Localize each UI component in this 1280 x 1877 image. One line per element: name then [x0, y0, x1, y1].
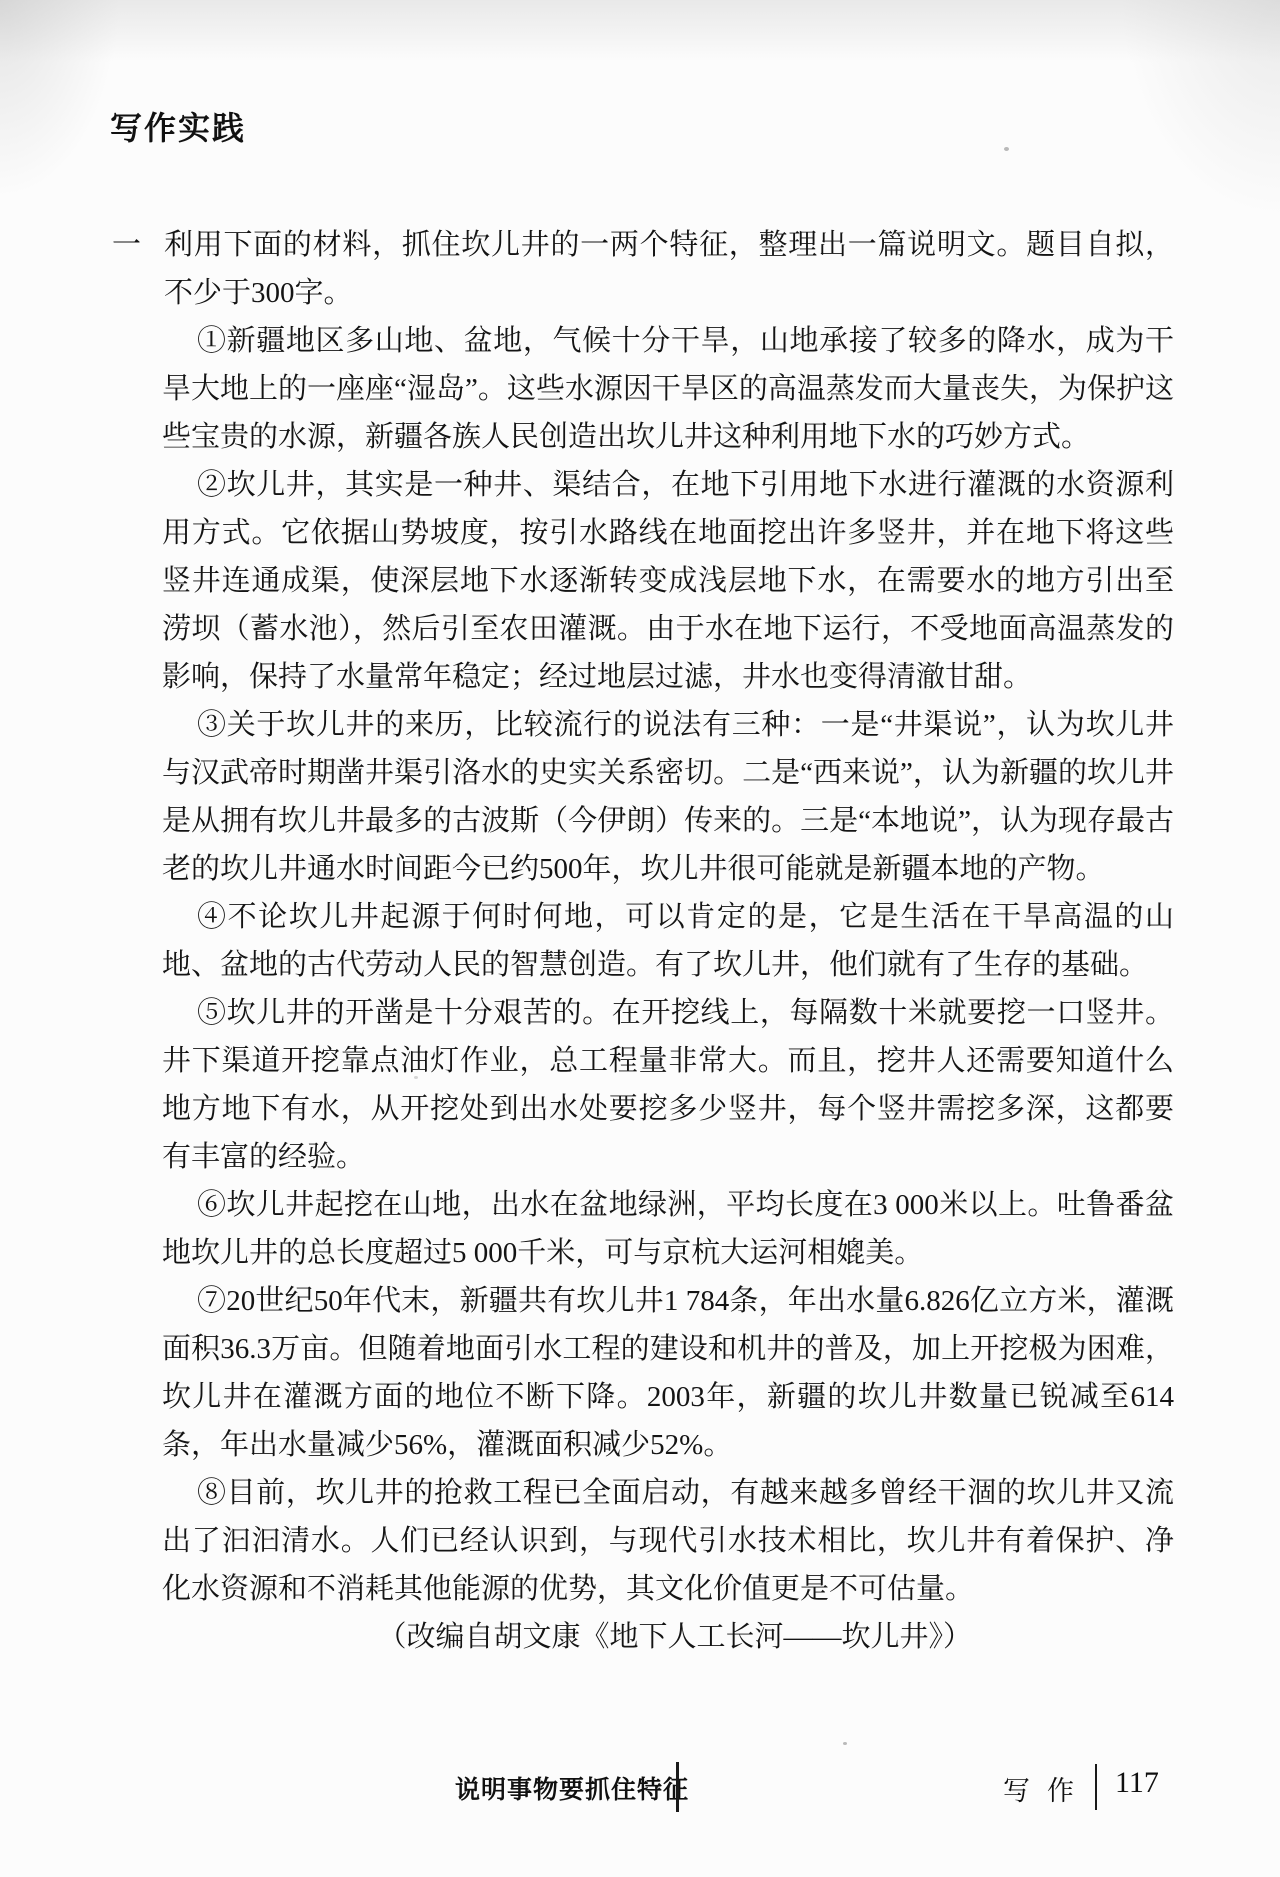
paragraph-text: 关于坎儿井的来历，比较流行的说法有三种：一是“井渠说”，认为坎儿井与汉武帝时期凿… [162, 709, 1174, 885]
exercise-number: 一 [112, 221, 164, 317]
paragraph-marker: ⑤ [197, 997, 227, 1029]
paragraph-marker: ⑦ [197, 1285, 226, 1317]
material-paragraph: ②坎儿井，其实是一种井、渠结合，在地下引用地下水进行灌溉的水资源利用方式。它依据… [162, 461, 1174, 701]
material-paragraph: ⑤坎儿井的开凿是十分艰苦的。在开挖线上，每隔数十米就要挖一口竖井。井下渠道开挖靠… [162, 989, 1174, 1181]
footer-divider [1095, 1764, 1097, 1810]
footer-lesson-title: 说明事物要抓住特征 [455, 1770, 689, 1806]
paragraph-text: 坎儿井的开凿是十分艰苦的。在开挖线上，每隔数十米就要挖一口竖井。井下渠道开挖靠点… [162, 997, 1174, 1173]
material-paragraph: ⑥坎儿井起挖在山地，出水在盆地绿洲，平均长度在3 000米以上。吐鲁番盆地坎儿井… [162, 1181, 1174, 1277]
scan-speck [843, 1742, 847, 1745]
paragraph-text: 坎儿井，其实是一种井、渠结合，在地下引用地下水进行灌溉的水资源利用方式。它依据山… [162, 469, 1174, 693]
page-footer: 说明事物要抓住特征 写作 117 [0, 1762, 1280, 1814]
paragraph-marker: ③ [197, 709, 227, 741]
material-paragraph: ⑧目前，坎儿井的抢救工程已全面启动，有越来越多曾经干涸的坎儿井又流出了汩汩清水。… [162, 1469, 1174, 1613]
exercise-prompt: 利用下面的材料，抓住坎儿井的一两个特征，整理出一篇说明文。题目自拟，不少于300… [164, 221, 1174, 317]
material-paragraph: ④不论坎儿井起源于何时何地，可以肯定的是，它是生活在干旱高温的山地、盆地的古代劳… [162, 893, 1174, 989]
textbook-page: { "header": { "title": "写作实践" }, "exerci… [0, 0, 1280, 1877]
scan-speck [1004, 147, 1009, 151]
paragraph-text: 坎儿井起挖在山地，出水在盆地绿洲，平均长度在3 000米以上。吐鲁番盆地坎儿井的… [162, 1189, 1174, 1269]
paragraph-text: 20世纪50年代末，新疆共有坎儿井1 784条，年出水量6.826亿立方米，灌溉… [162, 1285, 1174, 1461]
scan-artifact-corner-left [0, 0, 120, 200]
paragraph-marker: ② [197, 469, 227, 501]
material-paragraph: ③关于坎儿井的来历，比较流行的说法有三种：一是“井渠说”，认为坎儿井与汉武帝时期… [162, 701, 1174, 893]
footer-section-label: 写作 [1003, 1769, 1091, 1808]
scan-artifact-top-band [0, 0, 1280, 62]
paragraph-text: 目前，坎儿井的抢救工程已全面启动，有越来越多曾经干涸的坎儿井又流出了汩汩清水。人… [162, 1477, 1174, 1605]
paragraph-text: 不论坎儿井起源于何时何地，可以肯定的是，它是生活在干旱高温的山地、盆地的古代劳动… [162, 901, 1174, 981]
material-paragraph: ①新疆地区多山地、盆地，气候十分干旱，山地承接了较多的降水，成为干旱大地上的一座… [162, 317, 1174, 461]
paragraph-marker: ⑥ [197, 1189, 226, 1221]
scan-artifact-corner-right [1120, 0, 1280, 220]
source-attribution: （改编自胡文康《地下人工长河——坎儿井》） [162, 1613, 972, 1661]
paragraph-marker: ① [197, 325, 227, 357]
section-heading: 写作实践 [110, 103, 246, 149]
paragraph-marker: ⑧ [197, 1477, 227, 1509]
exercise-block: 一 利用下面的材料，抓住坎儿井的一两个特征，整理出一篇说明文。题目自拟，不少于3… [112, 221, 1174, 317]
footer-divider [676, 1762, 679, 1812]
page-body: 一 利用下面的材料，抓住坎儿井的一两个特征，整理出一篇说明文。题目自拟，不少于3… [0, 221, 1280, 1661]
page-number: 117 [1115, 1766, 1159, 1800]
paragraph-text: 新疆地区多山地、盆地，气候十分干旱，山地承接了较多的降水，成为干旱大地上的一座座… [162, 325, 1174, 453]
paragraph-marker: ④ [197, 901, 228, 933]
material-paragraph: ⑦20世纪50年代末，新疆共有坎儿井1 784条，年出水量6.826亿立方米，灌… [162, 1277, 1174, 1469]
